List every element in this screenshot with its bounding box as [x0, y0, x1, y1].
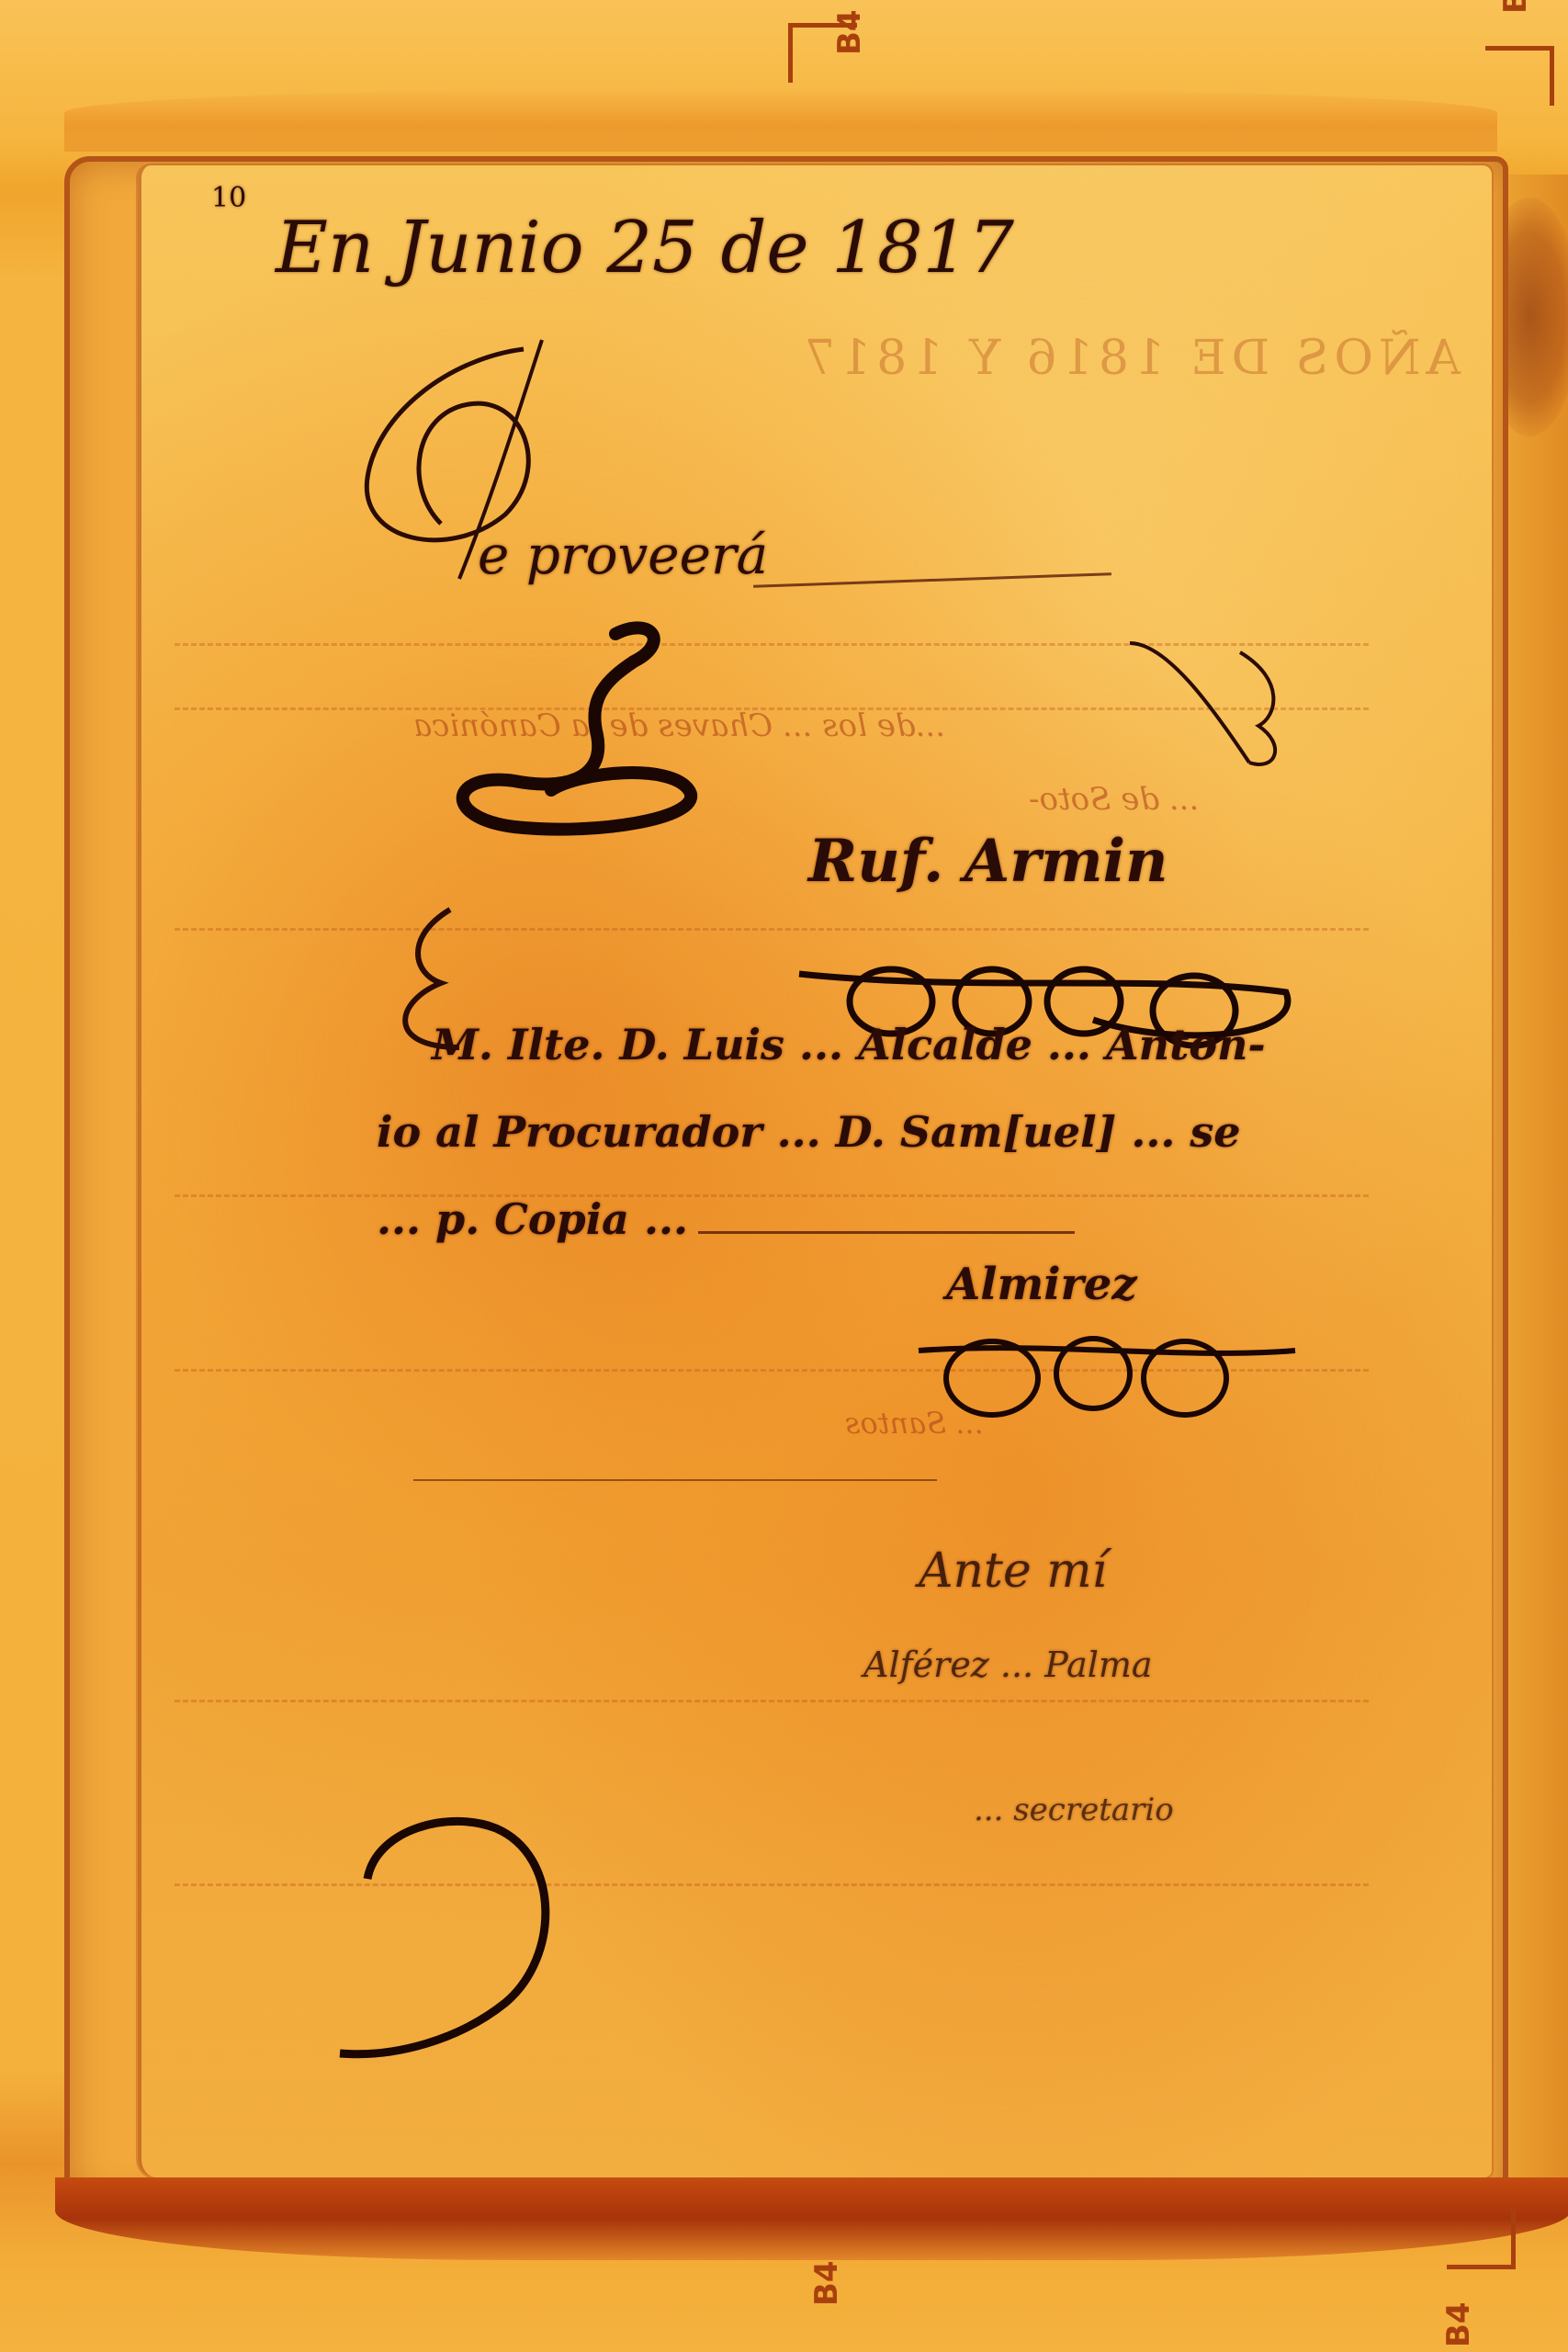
- paragraph-line: ... p. Copia ...: [377, 1194, 688, 1244]
- paragraph-line: io al Procurador ... D. Sam[uel] ... se: [377, 1107, 1241, 1157]
- rubric-flourish-icon: [432, 606, 726, 845]
- section-divider: [413, 1479, 937, 1481]
- page-top-shadow: [64, 87, 1497, 152]
- signature-1: Ruf. Armin: [808, 827, 1168, 896]
- rubric-b-flourish-icon: [1111, 625, 1295, 790]
- crop-label: B4: [808, 2260, 845, 2306]
- closing-flourish-icon: [340, 1792, 579, 2067]
- bleed-line: [175, 928, 1369, 931]
- lower-note: Alférez ... Palma: [863, 1645, 1153, 1685]
- folio-number: 10: [211, 182, 246, 214]
- lower-note: ... secretario: [974, 1792, 1174, 1828]
- crop-mark-bottom-right: [1447, 2210, 1516, 2269]
- lower-note: Ante mí: [919, 1543, 1107, 1599]
- crop-label: B4: [831, 9, 868, 55]
- date-line: En Junio 25 de 1817: [276, 207, 1014, 289]
- signature-2-paraph-icon: [909, 1323, 1314, 1433]
- bleed-line: [175, 1700, 1369, 1702]
- crop-label: B4: [1440, 2301, 1477, 2347]
- signature-2: Almirez: [946, 1259, 1137, 1310]
- bleed-line: [175, 1194, 1369, 1197]
- page-bottom-shadow: [55, 2177, 1568, 2260]
- line-flourish: [698, 1231, 1075, 1234]
- opening-line: e proveerá: [478, 524, 768, 586]
- crop-label: B4: [1497, 0, 1534, 14]
- crop-mark-top-right: [1485, 46, 1554, 106]
- watermark-ghost: AÑOS DE 1816 Y 1817: [799, 331, 1461, 386]
- paragraph-line: M. Ilte. D. Luis ... Alcalde ... Anton-: [432, 1020, 1266, 1069]
